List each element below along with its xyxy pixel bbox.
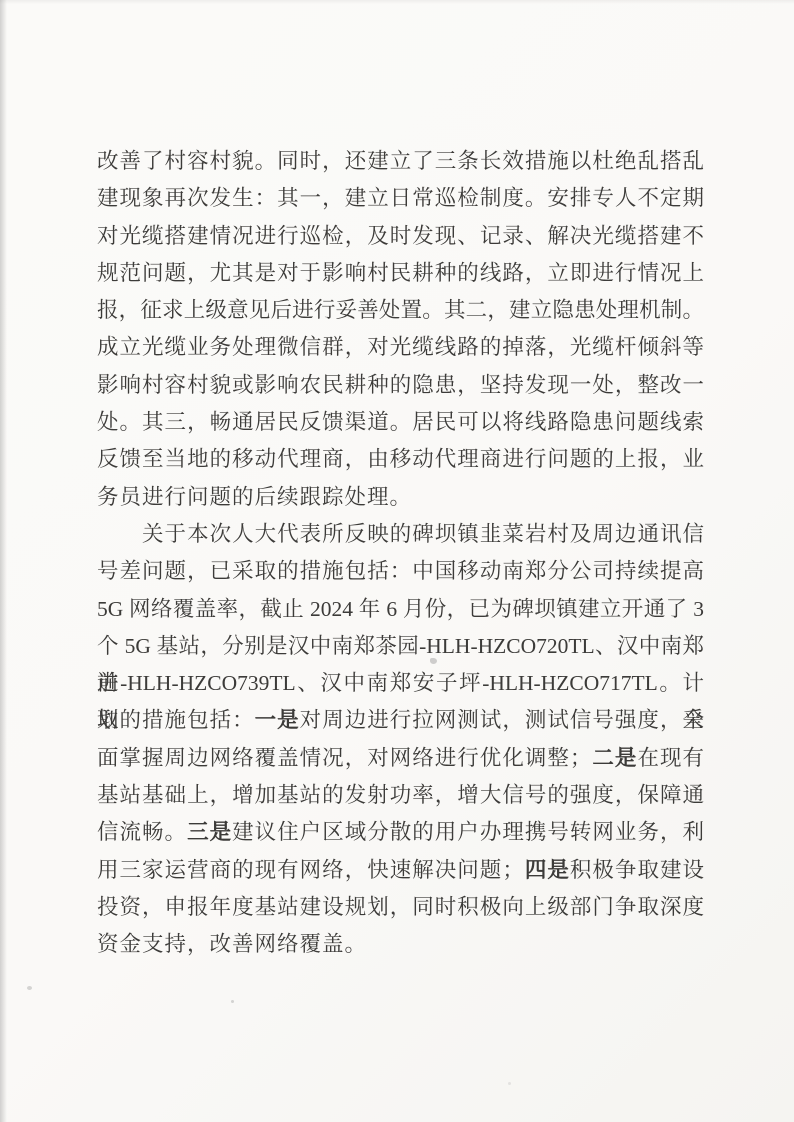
text-line: 处。其三，畅通居民反馈渠道。居民可以将线路隐患问题线索 <box>97 404 704 441</box>
text-line: 成立光缆业务处理微信群，对光缆线路的掉落，光缆杆倾斜等 <box>97 329 704 366</box>
emphasis-text: 四是 <box>524 858 570 882</box>
text-line: 务员进行问题的后续跟踪处理。 <box>97 479 704 516</box>
text-line: 信流畅。三是建议住户区域分散的用户办理携号转网业务，利 <box>97 814 704 851</box>
text-line: 号差问题，已采取的措施包括：中国移动南郑分公司持续提高 <box>97 553 704 590</box>
text-line: 规范问题，尤其是对于影响村民耕种的线路，立即进行情况上 <box>97 255 704 292</box>
text-line: 关于本次人大代表所反映的碑坝镇韭菜岩村及周边通讯信 <box>97 516 704 553</box>
text-line: 个 5G 基站，分别是汉中南郑茶园-HLH-HZCO720TL、汉中南郑前 <box>97 628 704 665</box>
text-line: 建现象再次发生：其一，建立日常巡检制度。安排专人不定期 <box>97 180 704 217</box>
scan-edge-shadow-left <box>0 0 7 1122</box>
body-text: 用三家运营商的现有网络，快速解决问题； <box>97 858 524 882</box>
text-line: 用三家运营商的现有网络，快速解决问题；四是积极争取建设 <box>97 852 704 889</box>
text-line: 基站基础上，增加基站的发射功率，增大信号的强度，保障通 <box>97 777 704 814</box>
paragraph-1: 改善了村容村貌。同时，还建立了三条长效措施以杜绝乱搭乱建现象再次发生：其一，建立… <box>97 143 704 516</box>
scan-speckle <box>508 1082 511 1085</box>
emphasis-text: 三是 <box>187 820 232 844</box>
text-line: 对光缆搭建情况进行巡检，及时发现、记录、解决光缆搭建不 <box>97 218 704 255</box>
text-line: 取的措施包括：一是对周边进行拉网测试，测试信号强度，全 <box>97 702 704 739</box>
body-text: 取的措施包括： <box>97 708 255 732</box>
body-text: 基站基础上，增加基站的发射功率，增大信号的强度，保障通 <box>97 783 704 807</box>
body-text: 资金支持，改善网络覆盖。 <box>97 932 367 956</box>
text-line: 5G 网络覆盖率，截止 2024 年 6 月份，已为碑坝镇建立开通了 3 <box>97 591 704 628</box>
body-text: 关于本次人大代表所反映的碑坝镇韭菜岩村及周边通讯信 <box>97 522 704 546</box>
body-text: 对光缆搭建情况进行巡检，及时发现、记录、解决光缆搭建不 <box>97 224 704 248</box>
body-text: 规范问题，尤其是对于影响村民耕种的线路，立即进行情况上 <box>97 261 704 285</box>
body-text: 建现象再次发生：其一，建立日常巡检制度。安排专人不定期 <box>97 186 704 210</box>
text-line: 进-HLH-HZCO739TL、汉中南郑安子坪-HLH-HZCO717TL。计划… <box>97 665 704 702</box>
scan-speckle <box>27 986 32 990</box>
body-text: 面掌握周边网络覆盖情况，对网络进行优化调整； <box>97 746 591 770</box>
body-text: 务员进行问题的后续跟踪处理。 <box>97 485 412 509</box>
scan-speckle <box>231 1000 234 1003</box>
body-text: 在现有 <box>637 746 704 770</box>
text-line: 资金支持，改善网络覆盖。 <box>97 926 704 963</box>
body-text: 影响村容村貌或影响农民耕种的隐患，坚持发现一处，整改一 <box>97 373 704 397</box>
paragraph-2: 关于本次人大代表所反映的碑坝镇韭菜岩村及周边通讯信号差问题，已采取的措施包括：中… <box>97 516 704 964</box>
body-text: 对周边进行拉网测试，测试信号强度，全 <box>300 708 704 732</box>
body-text: 反馈至当地的移动代理商，由移动代理商进行问题的上报，业 <box>97 447 704 471</box>
body-text: 处。其三，畅通居民反馈渠道。居民可以将线路隐患问题线索 <box>97 410 704 434</box>
scanned-document: { "page": { "background_color": "#faf9f7… <box>0 0 794 1122</box>
body-text: 改善了村容村貌。同时，还建立了三条长效措施以杜绝乱搭乱 <box>97 149 704 173</box>
body-text: 建议住户区域分散的用户办理携号转网业务，利 <box>232 820 704 844</box>
body-text: 号差问题，已采取的措施包括：中国移动南郑分公司持续提高 <box>97 559 704 583</box>
body-text: 投资，申报年度基站建设规划，同时积极向上级部门争取深度 <box>97 895 704 919</box>
text-line: 改善了村容村貌。同时，还建立了三条长效措施以杜绝乱搭乱 <box>97 143 704 180</box>
body-text: 成立光缆业务处理微信群，对光缆线路的掉落，光缆杆倾斜等 <box>97 335 704 359</box>
body-text: 信流畅。 <box>97 820 187 844</box>
body-text: 报，征求上级意见后进行妥善处置。其二，建立隐患处理机制。 <box>97 298 704 322</box>
text-line: 报，征求上级意见后进行妥善处置。其二，建立隐患处理机制。 <box>97 292 704 329</box>
text-line: 投资，申报年度基站建设规划，同时积极向上级部门争取深度 <box>97 889 704 926</box>
text-line: 面掌握周边网络覆盖情况，对网络进行优化调整；二是在现有 <box>97 740 704 777</box>
text-line: 影响村容村貌或影响农民耕种的隐患，坚持发现一处，整改一 <box>97 367 704 404</box>
emphasis-text: 一是 <box>255 708 300 732</box>
body-text: 5G 网络覆盖率，截止 2024 年 6 月份，已为碑坝镇建立开通了 3 <box>97 597 704 621</box>
scan-edge-shadow-top <box>0 0 794 4</box>
document-text: 改善了村容村貌。同时，还建立了三条长效措施以杜绝乱搭乱建现象再次发生：其一，建立… <box>97 143 704 964</box>
emphasis-text: 二是 <box>591 746 637 770</box>
text-line: 反馈至当地的移动代理商，由移动代理商进行问题的上报，业 <box>97 441 704 478</box>
body-text: 积极争取建设 <box>570 858 704 882</box>
document-page: 改善了村容村貌。同时，还建立了三条长效措施以杜绝乱搭乱建现象再次发生：其一，建立… <box>0 0 794 1122</box>
